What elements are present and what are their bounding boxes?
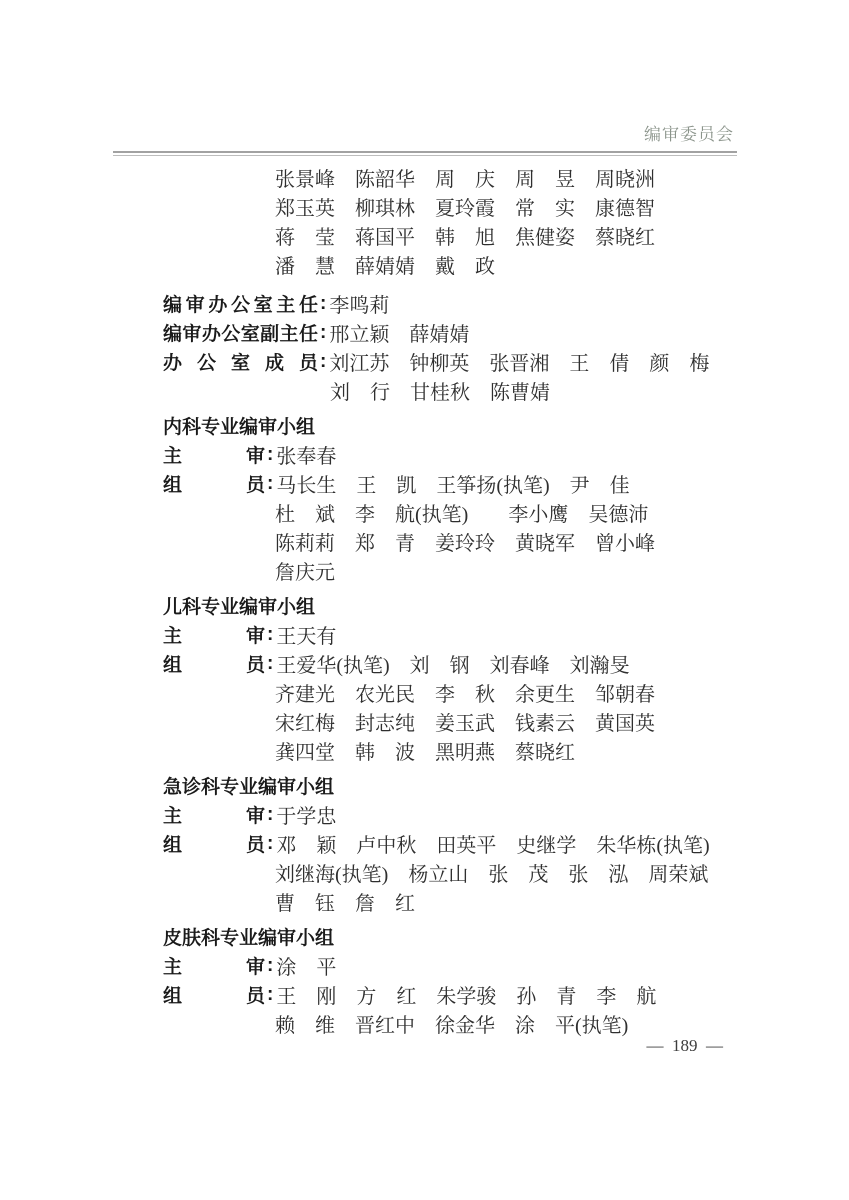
chief-name: 于学忠: [276, 800, 336, 829]
colon: :: [265, 653, 276, 675]
office-members-label: 办公室成员: [163, 348, 318, 375]
group-section-internal-medicine: 内科专业编审小组 主审:张奉春 组员:马长生 王 凯 王筝扬(执笔) 尹 佳 杜…: [163, 411, 843, 585]
colon: :: [265, 984, 276, 1006]
colon: :: [265, 473, 276, 495]
chief-label: 主审: [163, 441, 265, 468]
members-row: 组员:邓 颖 卢中秋 田英平 史继学 朱华栋(执笔): [163, 829, 843, 858]
group-section-dermatology: 皮肤科专业编审小组 主审:涂 平 组员:王 刚 方 红 朱学骏 孙 青 李 航 …: [163, 922, 843, 1038]
member-row: 郑玉英 柳琪林 夏玲霞 常 实 康德智: [163, 192, 843, 221]
members-row-cont: 陈莉莉 郑 青 姜玲玲 黄晓军 曾小峰: [163, 527, 843, 556]
colon: :: [318, 351, 329, 373]
page-content: 张景峰 陈韶华 周 庆 周 昱 周晓洲 郑玉英 柳琪林 夏玲霞 常 实 康德智 …: [163, 163, 843, 1038]
members-row: 组员:王爱华(执笔) 刘 钢 刘春峰 刘瀚旻: [163, 649, 843, 678]
member-row: 蒋 莹 蒋国平 韩 旭 焦健姿 蔡晓红: [163, 221, 843, 250]
office-director-name: 李鸣莉: [329, 289, 389, 318]
running-header: 编审委员会: [644, 120, 734, 145]
group-section-pediatrics: 儿科专业编审小组 主审:王天有 组员:王爱华(执笔) 刘 钢 刘春峰 刘瀚旻 齐…: [163, 591, 843, 765]
office-deputy-row: 编审办公室副主任:邢立颖 薛婧婧: [163, 318, 843, 347]
members-row-cont: 龚四堂 韩 波 黑明燕 蔡晓红: [163, 736, 843, 765]
colon: :: [265, 955, 276, 977]
editorial-office-section: 编审办公室主任:李鸣莉 编审办公室副主任:邢立颖 薛婧婧 办公室成员:刘江苏 钟…: [163, 289, 843, 405]
members-row-cont: 齐建光 农光民 李 秋 余更生 邹朝春: [163, 678, 843, 707]
members-label: 组员: [163, 470, 265, 497]
chief-reviewer-row: 主审:张奉春: [163, 440, 843, 469]
members-row-cont: 曹 钰 詹 红: [163, 887, 843, 916]
members-row-cont: 刘继海(执笔) 杨立山 张 茂 张 泓 周荣斌: [163, 858, 843, 887]
chief-reviewer-row: 主审:王天有: [163, 620, 843, 649]
members-row-cont: 赖 维 晋红中 徐金华 涂 平(执笔): [163, 1009, 843, 1038]
group-title: 皮肤科专业编审小组: [163, 922, 843, 951]
office-members-row-cont: 刘 行 甘桂秋 陈曹婧: [163, 376, 843, 405]
members-label: 组员: [163, 981, 265, 1008]
chief-label: 主审: [163, 801, 265, 828]
header-rule: [113, 151, 737, 156]
group-title: 急诊科专业编审小组: [163, 771, 843, 800]
members-row-cont: 宋红梅 封志纯 姜玉武 钱素云 黄国英: [163, 707, 843, 736]
chief-name: 张奉春: [276, 440, 336, 469]
page-number: — 189 —: [647, 1036, 724, 1056]
office-members-row: 办公室成员:刘江苏 钟柳英 张晋湘 王 倩 颜 梅: [163, 347, 843, 376]
member-row: 潘 慧 薛婧婧 戴 政: [163, 250, 843, 279]
colon: :: [265, 624, 276, 646]
members-row-cont: 詹庆元: [163, 556, 843, 585]
colon: :: [265, 444, 276, 466]
document-page: 编审委员会 张景峰 陈韶华 周 庆 周 昱 周晓洲 郑玉英 柳琪林 夏玲霞 常 …: [0, 0, 849, 1200]
colon: :: [318, 322, 329, 344]
group-title: 儿科专业编审小组: [163, 591, 843, 620]
members-row: 组员:王 刚 方 红 朱学骏 孙 青 李 航: [163, 980, 843, 1009]
member-row: 张景峰 陈韶华 周 庆 周 昱 周晓洲: [163, 163, 843, 192]
colon: :: [265, 833, 276, 855]
members-row: 组员:马长生 王 凯 王筝扬(执笔) 尹 佳: [163, 469, 843, 498]
chief-label: 主审: [163, 621, 265, 648]
members-label: 组员: [163, 650, 265, 677]
office-deputy-names: 邢立颖 薛婧婧: [329, 318, 469, 347]
office-director-label: 编审办公室主任: [163, 290, 318, 317]
colon: :: [318, 293, 329, 315]
chief-label: 主审: [163, 952, 265, 979]
chief-name: 涂 平: [276, 951, 336, 980]
office-director-row: 编审办公室主任:李鸣莉: [163, 289, 843, 318]
chief-reviewer-row: 主审:于学忠: [163, 800, 843, 829]
office-deputy-label: 编审办公室副主任: [163, 319, 318, 346]
chief-reviewer-row: 主审:涂 平: [163, 951, 843, 980]
members-row-cont: 杜 斌 李 航(执笔) 李小鹰 吴德沛: [163, 498, 843, 527]
group-section-emergency: 急诊科专业编审小组 主审:于学忠 组员:邓 颖 卢中秋 田英平 史继学 朱华栋(…: [163, 771, 843, 916]
members-label: 组员: [163, 830, 265, 857]
office-members-names: 刘江苏 钟柳英 张晋湘 王 倩 颜 梅: [329, 347, 709, 376]
committee-members-continued: 张景峰 陈韶华 周 庆 周 昱 周晓洲 郑玉英 柳琪林 夏玲霞 常 实 康德智 …: [163, 163, 843, 279]
chief-name: 王天有: [276, 620, 336, 649]
group-title: 内科专业编审小组: [163, 411, 843, 440]
colon: :: [265, 804, 276, 826]
